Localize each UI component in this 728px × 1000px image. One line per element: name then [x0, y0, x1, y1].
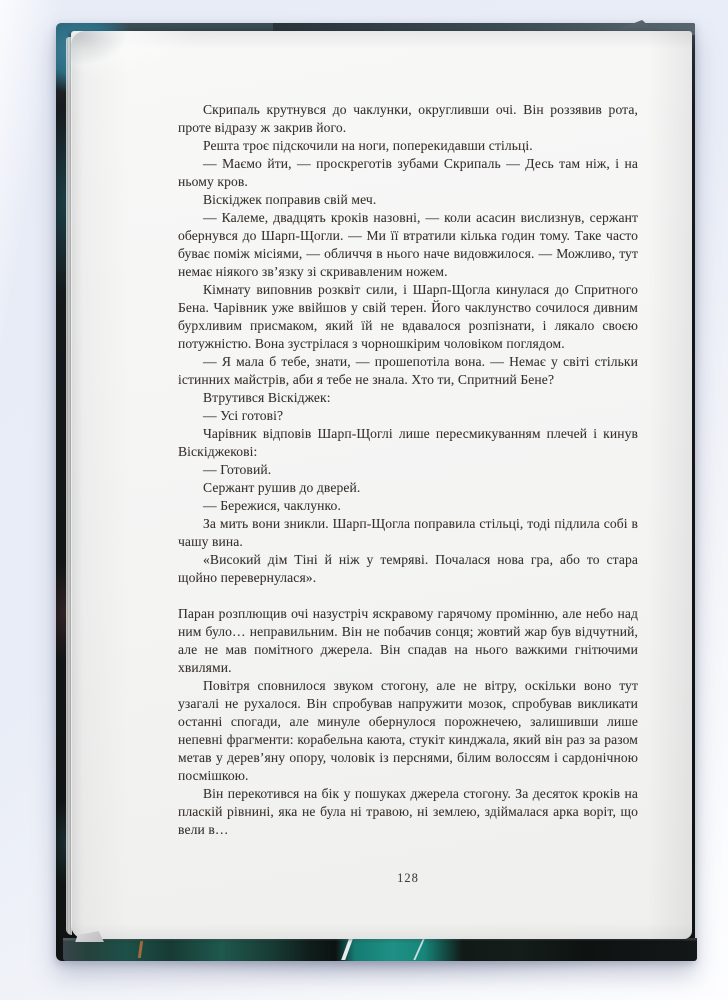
- book: Скрипаль крутнувся до чаклунки, округлив…: [56, 23, 695, 961]
- photo-background: Скрипаль крутнувся до чаклунки, округлив…: [0, 0, 728, 1000]
- paragraph: Паран розплющив очі назустріч яскравому …: [178, 605, 638, 677]
- page-text-block: Скрипаль крутнувся до чаклунки, округлив…: [178, 101, 638, 839]
- paragraph: Повітря сповнилося звуком стогону, але н…: [178, 677, 638, 785]
- paragraph: Скрипаль крутнувся до чаклунки, округлив…: [178, 101, 638, 137]
- paragraph: — Усі готові?: [178, 407, 638, 425]
- page-stack-edge: [66, 37, 72, 935]
- paragraph: Віскіджек поправив свій меч.: [178, 191, 638, 209]
- paragraph: — Я мала б тебе, знати, — прошепотіла во…: [178, 353, 638, 389]
- paragraph: — Маємо йти, — проскреготів зубами Скрип…: [178, 155, 638, 191]
- page-number: 128: [178, 871, 638, 886]
- paragraph: Чарівник відповів Шарп-Щоглі лише пересм…: [178, 425, 638, 461]
- paragraph: — Готовий.: [178, 461, 638, 479]
- paragraph: — Бережися, чаклунко.: [178, 497, 638, 515]
- paragraph: «Високий дім Тіні й ніж у темряві. Почал…: [178, 551, 638, 587]
- page-corner-fold: [74, 931, 104, 942]
- paragraph: За мить вони зникли. Шарп-Щогла поправил…: [178, 515, 638, 551]
- paragraph: Втрутився Віскіджек:: [178, 389, 638, 407]
- book-cover-bottom-edge: [63, 938, 697, 961]
- paragraph: Решта троє підскочили на ноги, поперекид…: [178, 137, 638, 155]
- paragraph: — Калеме, двадцять кроків назовні, — кол…: [178, 209, 638, 281]
- cover-pattern-orange-mark: [138, 941, 143, 958]
- paragraph: Кімнату виповнив розквіт сили, і Шарп-Що…: [178, 281, 638, 353]
- paragraph: Сержант рушив до дверей.: [178, 479, 638, 497]
- book-page: Скрипаль крутнувся до чаклунки, округлив…: [71, 31, 692, 939]
- cover-pattern-white-mark: [413, 939, 424, 960]
- cover-pattern-white-mark: [341, 939, 353, 960]
- paragraph: Він перекотився на бік у пошуках джерела…: [178, 785, 638, 839]
- page-corner-curl: [71, 31, 151, 87]
